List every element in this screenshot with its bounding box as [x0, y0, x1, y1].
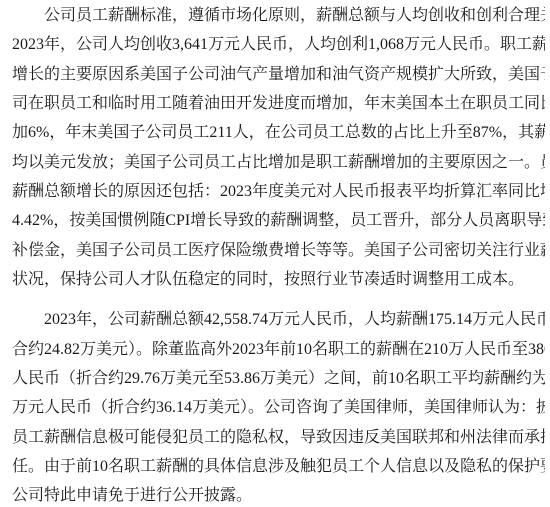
text-line: 合约24.82万美元）。除董监高外2023年前10名职工的薪酬在210万人民币至…: [12, 335, 545, 364]
text-line: 4.42%，按美国惯例随CPI增长导致的薪酬调整，员工晋升，部分人员离职导致的: [12, 206, 545, 235]
text-line: 公司员工薪酬标准，遵循市场化原则，薪酬总额与人均创收和创利合理关联。: [12, 1, 545, 30]
document-page: 公司员工薪酬标准，遵循市场化原则，薪酬总额与人均创收和创利合理关联。2023年，…: [0, 0, 550, 507]
paragraph-total-compensation-disclosure: 2023年，公司薪酬总额42,558.74万元人民币，人均薪酬175.14万元人…: [12, 305, 545, 507]
text-line: 司在职员工和临时用工随着油田开发进度而增加，年末美国本土在职员工同比增: [12, 89, 545, 118]
text-line: 公司特此申请免于进行公开披露。: [12, 481, 545, 507]
text-line: 万元人民币（折合约36.14万美元）。公司咨询了美国律师，美国律师认为：披露: [12, 393, 545, 422]
text-line: 员工薪酬信息极可能侵犯员工的隐私权，导致因违反美国联邦和州法律而承担责: [12, 423, 545, 452]
text-line: 均以美元发放；美国子公司员工占比增加是职工薪酬增加的主要原因之一。员工: [12, 148, 545, 177]
text-line: 增长的主要原因系美国子公司油气产量增加和油气资产规模扩大所致，美国子公: [12, 60, 545, 89]
paragraph-employee-compensation-standard: 公司员工薪酬标准，遵循市场化原则，薪酬总额与人均创收和创利合理关联。2023年，…: [12, 1, 545, 294]
text-line: 2023年，公司人均创收3,641万元人民币，人均创利1,068万元人民币。职工…: [12, 30, 545, 59]
text-line: 加6%，年末美国子公司员工211人，在公司员工总数的占比上升至87%，其薪酬: [12, 118, 545, 147]
text-line: 2023年，公司薪酬总额42,558.74万元人民币，人均薪酬175.14万元人…: [12, 305, 545, 334]
text-line: 薪酬总额增长的原因还包括：2023年度美元对人民币报表平均折算汇率同比增长: [12, 177, 545, 206]
text-line: 补偿金，美国子公司员工医疗保险缴费增长等等。美国子公司密切关注行业薪酬: [12, 236, 545, 265]
text-line: 任。由于前10名职工薪酬的具体信息涉及触犯员工个人信息以及隐私的保护要求，: [12, 452, 545, 481]
document-screenshot: { "page": { "background_color": "#ffffff…: [0, 0, 550, 507]
text-line: 状况，保持公司人才队伍稳定的同时，按照行业节凑适时调整用工成本。: [12, 265, 545, 294]
text-line: 人民币（折合约29.76万美元至53.86万美元）之间，前10名职工平均薪酬约为…: [12, 364, 545, 393]
